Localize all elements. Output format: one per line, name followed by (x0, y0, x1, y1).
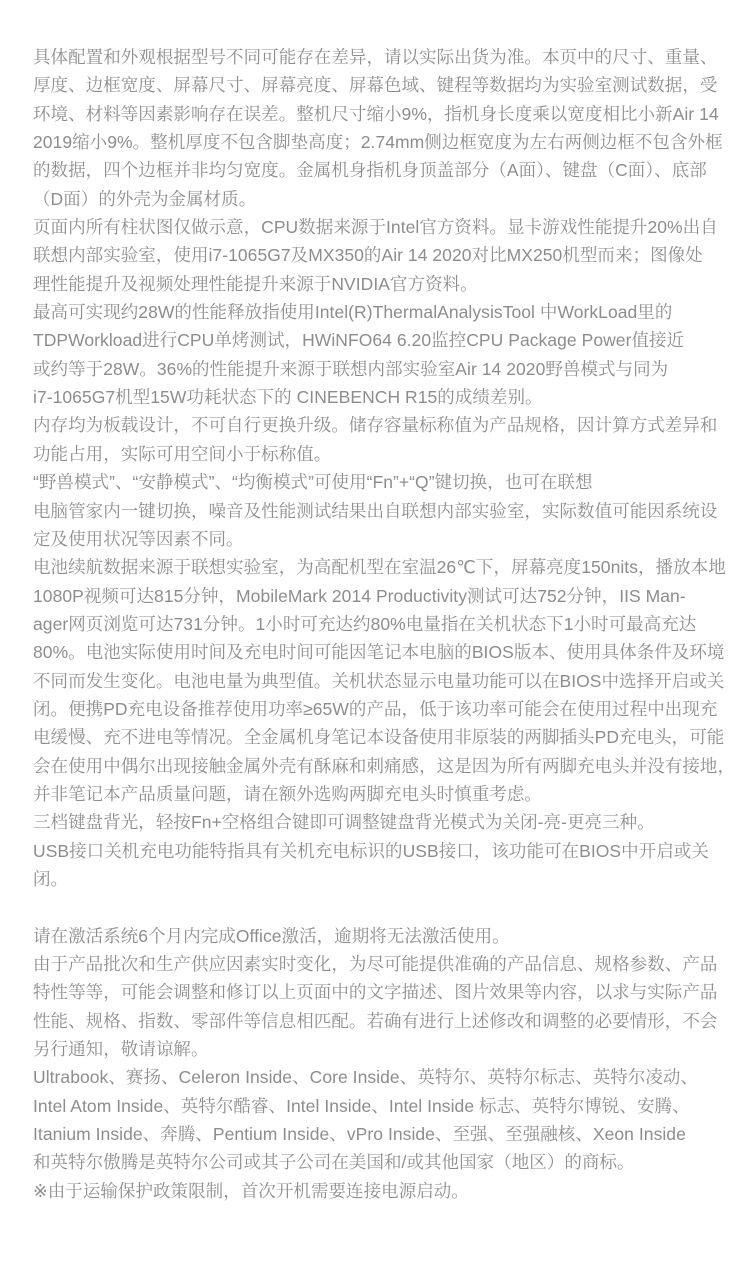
product-disclaimer-page: 具体配置和外观根据型号不同可能存在差异，请以实际出货为准。本页中的尺寸、重量、 … (0, 0, 750, 1281)
disclaimer-paragraph: 页面内所有柱状图仅做示意，CPU数据来源于Intel官方资料。显卡游戏性能提升2… (33, 213, 726, 298)
disclaimer-paragraph: USB接口关机充电功能特指具有关机充电标识的USB接口，该功能可在BIOS中开启… (33, 837, 726, 894)
legal-notes-section: 请在激活系统6个月内完成Office激活，逾期将无法激活使用。由于产品批次和生产… (33, 922, 726, 1205)
disclaimer-paragraph: 三档键盘背光，轻按Fn+空格组合键即可调整键盘背光模式为关闭-亮-更亮三种。 (33, 808, 726, 836)
disclaimer-paragraph: 具体配置和外观根据型号不同可能存在差异，请以实际出货为准。本页中的尺寸、重量、 … (33, 43, 726, 213)
spec-disclaimer-section: 具体配置和外观根据型号不同可能存在差异，请以实际出货为准。本页中的尺寸、重量、 … (33, 43, 726, 893)
disclaimer-paragraph: “野兽模式”、“安静模式”、“均衡模式”可使用“Fn”+“Q”键切换，也可在联想… (33, 468, 726, 553)
disclaimer-paragraph: Ultrabook、赛扬、Celeron Inside、Core Inside、… (33, 1063, 726, 1176)
disclaimer-paragraph: 由于产品批次和生产供应因素实时变化，为尽可能提供准确的产品信息、规格参数、产品 … (33, 950, 726, 1063)
disclaimer-paragraph: 内存均为板载设计，不可自行更换升级。储存容量标称值为产品规格，因计算方式差异和 … (33, 411, 726, 468)
disclaimer-paragraph: 请在激活系统6个月内完成Office激活，逾期将无法激活使用。 (33, 922, 726, 950)
disclaimer-paragraph: 电池续航数据来源于联想实验室，为高配机型在室温26℃下，屏幕亮度150nits，… (33, 553, 726, 808)
disclaimer-paragraph: 最高可实现约28W的性能释放指使用Intel(R)ThermalAnalysis… (33, 298, 726, 411)
disclaimer-paragraph: ※由于运输保护政策限制，首次开机需要连接电源启动。 (33, 1177, 726, 1205)
